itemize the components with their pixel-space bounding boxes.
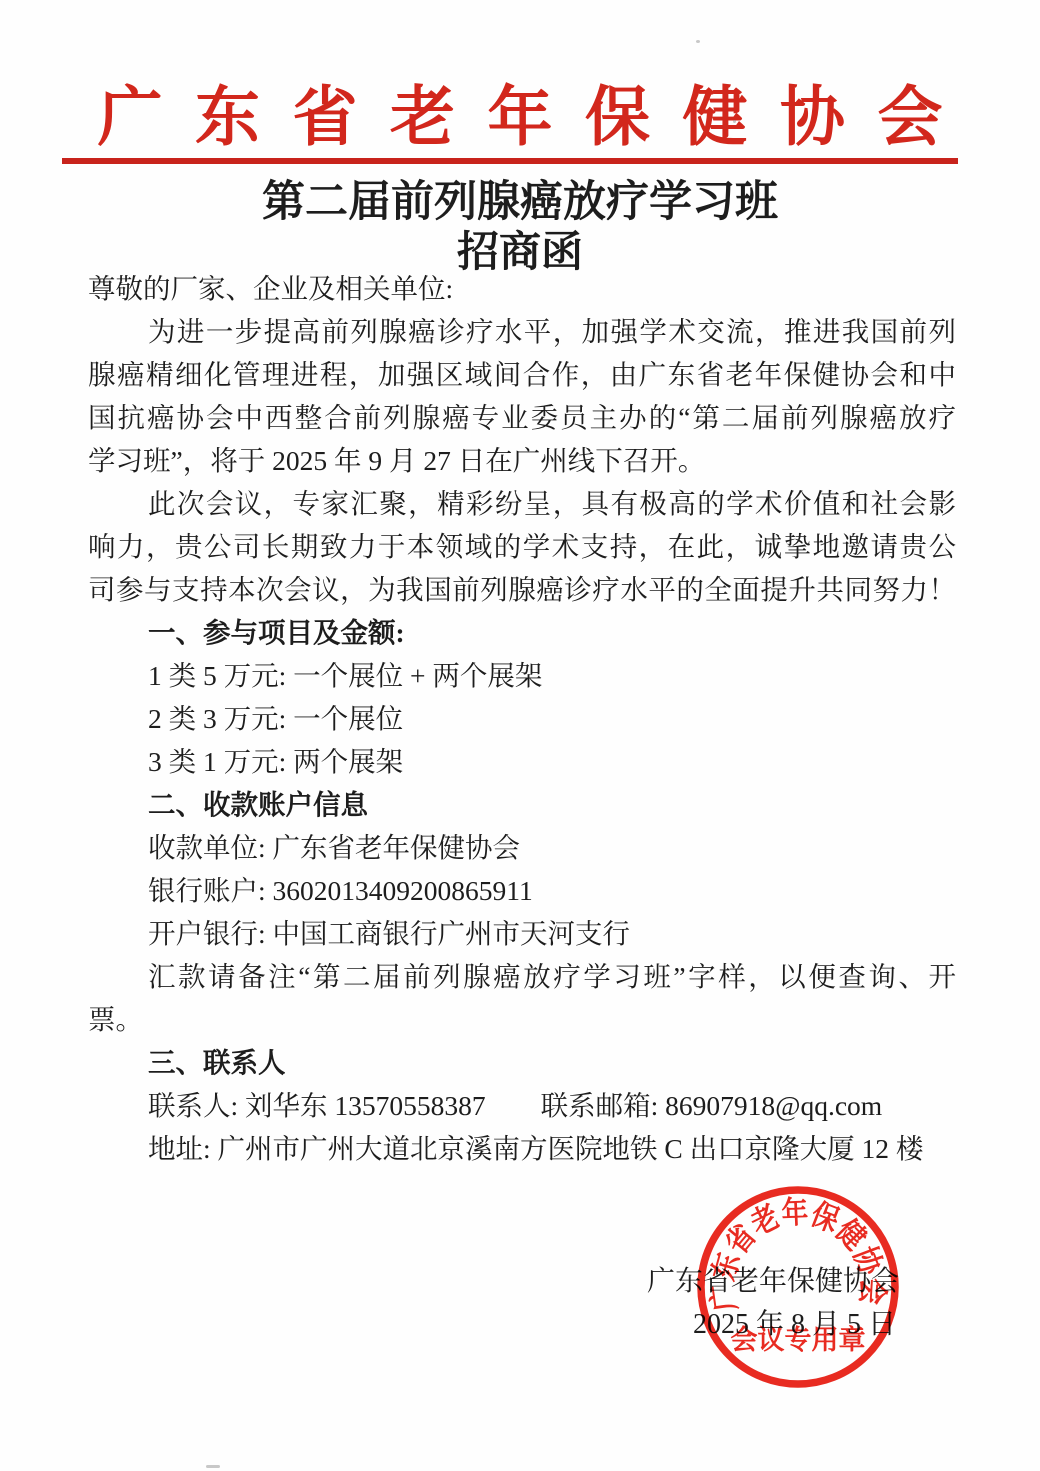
bank-account-line: 银行账户: 3602013409200865911 — [88, 869, 956, 912]
price-item-2: 2 类 3 万元: 一个展位 — [88, 697, 956, 740]
org-header-title: 广东省老年保健协会 — [0, 64, 1040, 158]
bank-name-line: 开户银行: 中国工商银行广州市天河支行 — [88, 912, 956, 955]
contact-person-line: 联系人: 刘华东 13570558387 联系邮箱: 86907918@qq.c… — [88, 1084, 956, 1127]
scan-artifact — [696, 40, 700, 43]
section-heading-1: 一、参与项目及金额: — [88, 611, 956, 654]
remittance-note-line: 票。 — [88, 998, 956, 1041]
price-item-3: 3 类 1 万元: 两个展架 — [88, 740, 956, 783]
section-heading-2: 二、收款账户信息 — [88, 783, 956, 826]
payee-name-line: 收款单位: 广东省老年保健协会 — [88, 826, 956, 869]
section-heading-3: 三、联系人 — [88, 1041, 956, 1084]
stamp-bottom-text: 会议专用章 — [731, 1324, 866, 1355]
official-seal-stamp: 广东省老年保健协会 会议专用章 — [694, 1183, 902, 1391]
header-divider-rule — [62, 158, 958, 164]
paragraph-line: 为进一步提高前列腺癌诊疗水平，加强学术交流，推进我国前列 — [88, 310, 956, 353]
paragraph-line: 学习班”，将于 2025 年 9 月 27 日在广州线下召开。 — [88, 439, 956, 482]
price-item-1: 1 类 5 万元: 一个展位 + 两个展架 — [88, 654, 956, 697]
paragraph-line: 腺癌精细化管理进程，加强区域间合作，由广东省老年保健协会和中 — [88, 353, 956, 396]
document-page: 广东省老年保健协会 第二届前列腺癌放疗学习班 招商函 尊敬的厂家、企业及相关单位… — [0, 0, 1040, 1471]
paragraph-line: 国抗癌协会中西整合前列腺癌专业委员主办的“第二届前列腺癌放疗 — [88, 396, 956, 439]
salutation-line: 尊敬的厂家、企业及相关单位: — [88, 267, 956, 310]
scan-artifact — [206, 1465, 220, 1468]
paragraph-line: 此次会议，专家汇聚，精彩纷呈，具有极高的学术价值和社会影 — [88, 482, 956, 525]
scan-artifact — [733, 120, 736, 123]
remittance-note-line: 汇款请备注“第二届前列腺癌放疗学习班”字样，以便查询、开 — [88, 955, 956, 998]
paragraph-line: 司参与支持本次会议，为我国前列腺癌诊疗水平的全面提升共同努力！ — [88, 568, 956, 611]
address-line: 地址: 广州市广州大道北京溪南方医院地铁 C 出口京隆大厦 12 楼 — [88, 1127, 956, 1170]
paragraph-line: 响力，贵公司长期致力于本领域的学术支持，在此，诚挚地邀请贵公 — [88, 525, 956, 568]
letter-body: 尊敬的厂家、企业及相关单位: 为进一步提高前列腺癌诊疗水平，加强学术交流，推进我… — [88, 267, 956, 1170]
